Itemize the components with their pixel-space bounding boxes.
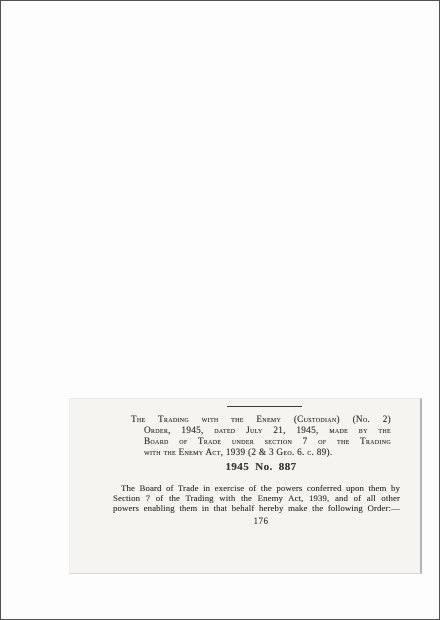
body-line: Section 7 of the Trading with the Enemy … xyxy=(113,493,400,503)
body-line: powers enabling them in that behalf here… xyxy=(113,503,400,513)
order-title-line: with the Enemy Act, 1939 (2 & 3 Geo. 6. … xyxy=(131,447,391,458)
scanned-page: The Trading with the Enemy (Custodian) (… xyxy=(69,398,422,574)
order-title: The Trading with the Enemy (Custodian) (… xyxy=(131,414,391,458)
order-title-line: The Trading with the Enemy (Custodian) (… xyxy=(131,414,391,425)
page-number: 176 xyxy=(131,516,391,526)
document-screenshot: { "scan": { "title_lines": [ "The Tradin… xyxy=(0,0,440,620)
title-rule xyxy=(227,406,302,407)
order-number-heading: 1945 No. 887 xyxy=(131,461,391,473)
order-title-line: Board of Trade under section 7 of the Tr… xyxy=(131,436,391,447)
order-title-line: Order, 1945, dated July 21, 1945, made b… xyxy=(131,425,391,436)
body-line: The Board of Trade in exercise of the po… xyxy=(113,483,400,493)
body-paragraph: The Board of Trade in exercise of the po… xyxy=(113,483,400,513)
